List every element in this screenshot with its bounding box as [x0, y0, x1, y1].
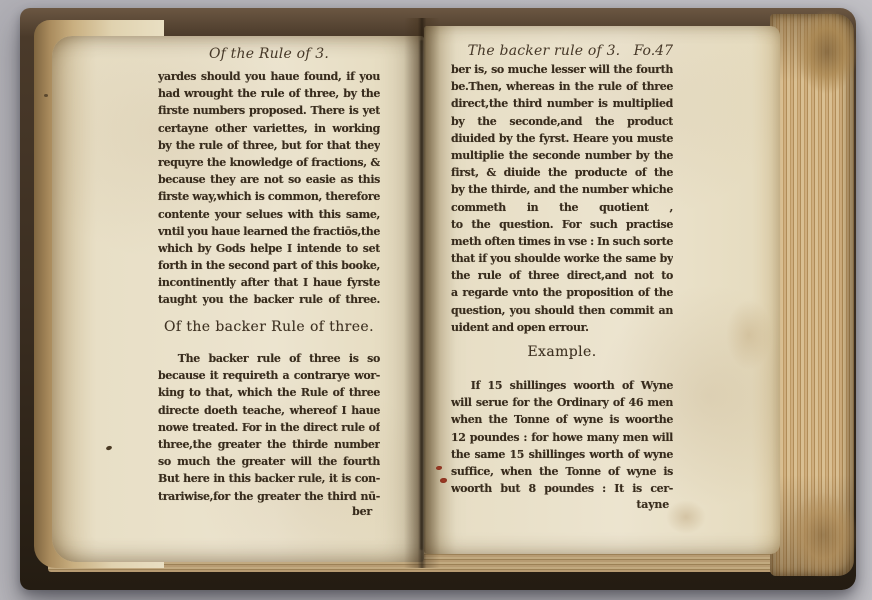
text-line: be.Then, whereas in the rule of three — [451, 78, 673, 95]
text-line: firste way,which is common, therefore — [158, 188, 380, 205]
section-heading-right: Example. — [451, 344, 673, 360]
fore-edge-worn-corner-bottom — [788, 492, 858, 578]
right-header-row: The backer rule of 3. Fo.47 — [451, 43, 673, 61]
text-line: to the question. For such practise com- — [451, 216, 673, 233]
text-line: first, & diuide the producte of the same — [451, 164, 673, 181]
text-line: But here in this backer rule, it is con- — [158, 470, 380, 487]
right-paragraph-2: If 15 shillinges woorth of Wynewill seru… — [451, 377, 673, 497]
text-line: taught you the backer rule of three. — [158, 291, 380, 308]
text-line: forth in the second part of this booke, — [158, 257, 380, 274]
text-line: firste numbers proposed. There is yet — [158, 102, 380, 119]
text-line: king to that, which the Rule of three — [158, 384, 380, 401]
margin-stain — [726, 300, 772, 370]
fore-edge-worn-corner-top — [796, 10, 858, 94]
text-line: three,the greater the thirde number is — [158, 436, 380, 453]
text-line: by the thirde, and the number whiche — [451, 181, 673, 198]
text-line: so much the greater will the fourth be. — [158, 453, 380, 470]
text-line: requyre the knowledge of fractions, & — [158, 154, 380, 171]
text-line: uident and open errour. — [451, 319, 673, 336]
text-line: directe doeth teache, whereof I haue — [158, 402, 380, 419]
text-line: vntil you haue learned the fractiōs,the — [158, 223, 380, 240]
text-line: diuided by the fyrst. Heare you muste — [451, 130, 673, 147]
running-header-left: Of the Rule of 3. — [158, 46, 380, 62]
left-paragraph-1: yardes should you haue found, if youhad … — [158, 68, 380, 309]
text-line: The backer rule of three is so called — [158, 350, 380, 367]
text-line: trariwise,for the greater the third nū- — [158, 488, 380, 505]
ink-speck-2 — [44, 94, 48, 97]
text-line: direct,the third number is multiplied — [451, 95, 673, 112]
text-line: will serue for the Ordinary of 46 men — [451, 394, 673, 411]
bottom-stain — [666, 500, 706, 534]
text-line: by the seconde,and the product thereof — [451, 113, 673, 130]
text-line: the same 15 shillinges worth of wyne — [451, 446, 673, 463]
text-line: certayne other variettes, in working — [158, 120, 380, 137]
section-heading-left: Of the backer Rule of three. — [158, 319, 380, 335]
text-line: that if you shoulde worke the same by — [451, 250, 673, 267]
text-line: question, you should then commit an e- — [451, 302, 673, 319]
left-paragraph-2: The backer rule of three is so calledbec… — [158, 350, 380, 505]
text-line: had wrought the rule of three, by the — [158, 85, 380, 102]
text-line: ber is, so muche lesser will the fourth — [451, 61, 673, 78]
text-line: incontinently after that I haue fyrste — [158, 274, 380, 291]
fore-edge-page-block — [770, 14, 854, 576]
catchword-right: tayne — [451, 498, 673, 511]
photo-background: Of the Rule of 3. yardes should you haue… — [0, 0, 872, 600]
text-line: which by Gods helpe I intende to set — [158, 240, 380, 257]
folio-number: Fo.47 — [634, 43, 673, 59]
text-line: because they are not so easie as this — [158, 171, 380, 188]
text-line: because it requireth a contrarye wor- — [158, 367, 380, 384]
gutter-fold-line — [420, 40, 423, 550]
text-line: multiplie the seconde number by the — [451, 147, 673, 164]
text-line: a regarde vnto the proposition of the — [451, 284, 673, 301]
text-line: by the rule of three, but for that they — [158, 137, 380, 154]
text-line: meth often times in vse : In such sorte — [451, 233, 673, 250]
text-line: nowe treated. For in the direct rule of — [158, 419, 380, 436]
text-line: commeth in the quotient , aunswereth — [451, 199, 673, 216]
text-line: woorth but 8 poundes : It is cer- — [451, 480, 673, 497]
text-line: the rule of three direct,and not to haue — [451, 267, 673, 284]
catchword-left: ber — [158, 505, 380, 518]
text-line: contente your selues with this same, — [158, 206, 380, 223]
text-line: yardes should you haue found, if you — [158, 68, 380, 85]
text-line: when the Tonne of wyne is woorthe — [451, 411, 673, 428]
text-line: 12 poundes : for howe many men will — [451, 429, 673, 446]
text-line: suffice, when the Tonne of wyne is — [451, 463, 673, 480]
right-paragraph-1: ber is, so muche lesser will the fourthb… — [451, 61, 673, 336]
text-line: If 15 shillinges woorth of Wyne — [451, 377, 673, 394]
